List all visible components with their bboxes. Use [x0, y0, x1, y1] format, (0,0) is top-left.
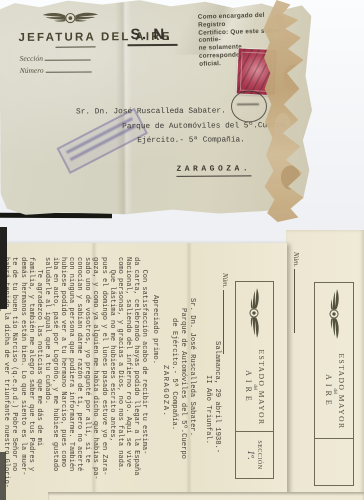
body-line: con ninguna persona que pudiera informar…	[67, 257, 75, 497]
paper-edge-strip	[48, 492, 364, 500]
letter-recipient-line: Parque de Automóviles del 5º.Cuerpo	[179, 308, 187, 459]
envelope-address-line: Ejército.- 5ª Compañía.	[137, 136, 245, 145]
letter-sheet-1: ESTADO MAYOR del AIRE SECCIÓN 1ª. Núm. S…	[0, 243, 287, 500]
scan-shadow-strip	[0, 452, 6, 500]
postmark-circle	[231, 90, 267, 122]
letter-date-year: II Año Triunfal.	[204, 375, 212, 444]
letter-body: Con satisfacción acabo de recibir tu est…	[0, 257, 148, 497]
body-line: Que lástima no me hubieses escrito antes…	[108, 257, 116, 497]
body-line: Nacional, saliendo del infierno rojo. Aq…	[124, 257, 132, 497]
scanned-correspondence: JEFATURA DEL AIRE S. N. Sección Número C…	[0, 0, 364, 500]
numero-field: Número	[20, 64, 92, 75]
air-force-wings-icon	[236, 282, 273, 344]
body-line: iba en auto, pasé por Logroño, y me hubi…	[51, 257, 59, 497]
air-force-wings-icon	[41, 9, 99, 26]
section-cell: SECCIÓN 1ª.	[236, 431, 273, 478]
blank-line	[46, 64, 92, 72]
letter-recipient-line: Sr. Dn. José Ruscalleda Sabater.	[188, 298, 196, 436]
envelope-address-line: Sr. Dn. José Ruscalleda Sabater.	[76, 108, 226, 117]
seccion-field: Sección	[20, 52, 91, 62]
envelope-address-line: Parque de Automóviles del 5º.Cuerpo	[122, 122, 286, 131]
letterhead-box-2: ESTADO MAYOR del AIRE	[314, 282, 354, 486]
section-cell-empty	[315, 438, 353, 485]
body-line: goza, y como ya alguien me había dicho q…	[91, 257, 99, 497]
num-field: Núm.	[221, 273, 231, 354]
letter-recipient-city: ZARAGOZA.	[161, 365, 169, 417]
body-line: hubiese podido ver a tu hermano Narciso,…	[59, 257, 67, 497]
scan-shadow-strip	[0, 227, 7, 309]
letter-date: Salamanca, 29 abril 1938.-	[213, 341, 221, 453]
letter-recipient-line: de Ejército.- 5ª Compañía.	[170, 318, 178, 430]
body-line: demás hermanos están bien. Lo que siento…	[19, 257, 27, 497]
section-value-handwritten: 1ª.	[247, 450, 257, 459]
letterhead-box-1: ESTADO MAYOR del AIRE SECCIÓN 1ª.	[235, 281, 274, 479]
censor-stamp	[56, 108, 147, 174]
body-line: sado uno de vosotros, yo pregunté por al…	[83, 257, 91, 497]
letterhead-title: ESTADO MAYOR del AIRE	[315, 345, 353, 438]
body-line: saludarle al igual que a tu cuñado.	[43, 257, 51, 497]
body-line: como personas, y gracias a Dios, no nos …	[116, 257, 124, 497]
blank-line	[45, 52, 91, 60]
body-line: familia, y también me alegro saber que t…	[27, 257, 35, 497]
blank-line	[294, 269, 302, 333]
envelope-city: ZARAGOZA.	[176, 164, 251, 177]
envelope-shadow	[0, 213, 112, 219]
num-field: Núm.	[292, 252, 302, 333]
letterhead-title: ESTADO MAYOR del AIRE	[236, 344, 273, 431]
body-line: conocían y sabían darme razón de ti, per…	[75, 257, 83, 497]
sn-marking: S. N.	[130, 26, 171, 43]
postmark-smudge	[237, 103, 259, 105]
blank-line	[223, 290, 231, 354]
letter-sheet-2: ESTADO MAYOR del AIRE Núm.	[286, 230, 364, 500]
body-line: te de tu buen tío Narciso (q.e.p.d.) Pob…	[10, 257, 18, 497]
body-line: Te agradezco las noticias que me dás de …	[35, 257, 43, 497]
body-line: Con satisfacción acabo de recibir tu est…	[140, 257, 148, 497]
body-line: da carta, celebrando hayas podido llegar…	[132, 257, 140, 497]
body-line: pues el domingo y el lunes pasado estuve…	[99, 257, 107, 497]
letterhead-underline	[56, 46, 96, 47]
letter-salutation: Apreciado primo.	[151, 295, 159, 364]
air-force-wings-icon	[315, 283, 353, 345]
